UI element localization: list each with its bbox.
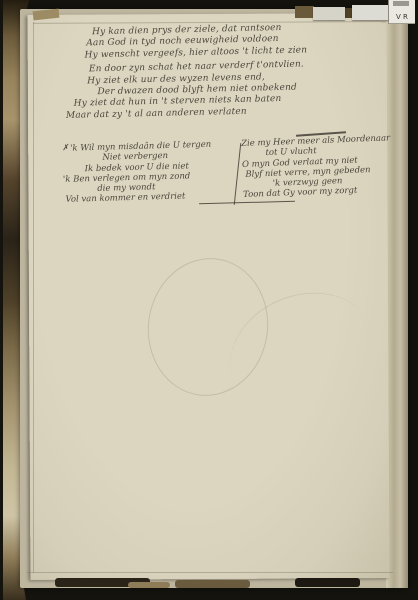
paper-tab: [352, 5, 388, 20]
ruled-border-bottom: [27, 572, 393, 573]
torn-paper-fragment: [295, 6, 314, 18]
label-smudge: [393, 1, 409, 6]
ruled-border-left: [33, 22, 34, 573]
corner-label-text: V R: [396, 13, 408, 21]
psalm-stanza: Hy kan dien prys der ziele, dat rantsoen…: [60, 22, 309, 122]
bottom-torn-edge: [295, 578, 360, 587]
bottom-torn-edge: [128, 582, 170, 588]
corner-label: V R: [388, 0, 415, 24]
right-verse-column: Zie my Heer meer als Moordenaartot U vlu…: [241, 133, 392, 200]
left-verse-column: 'k Wil myn misdaân die U tergenNiet verb…: [58, 140, 213, 206]
paper-tab: [313, 7, 345, 20]
bottom-torn-edge: [175, 580, 250, 588]
book-fore-edge: [386, 9, 408, 588]
